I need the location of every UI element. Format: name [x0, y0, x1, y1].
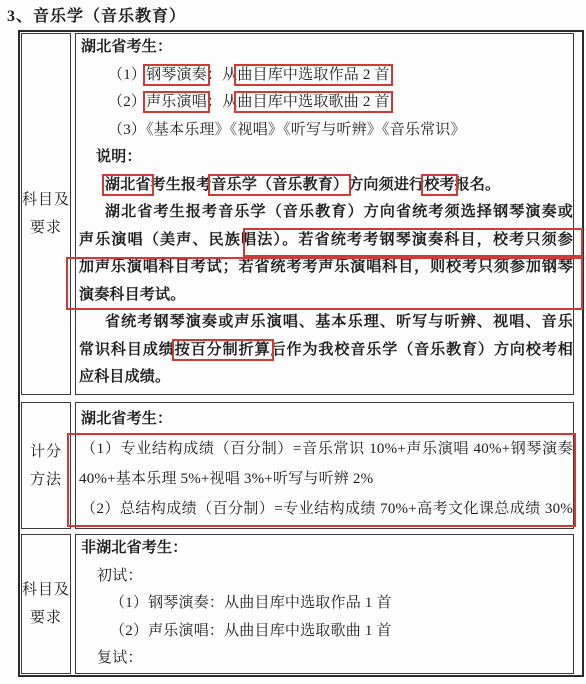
row1-heading: 湖北省考生： — [79, 34, 573, 62]
row1-note3-line2: 常识科目成绩按百分制折算后作为我校音乐学（音乐教育）方向校考相 — [79, 337, 573, 365]
row1-note2-line2: 声乐演唱（美声、民族唱法）。若省统考考钢琴演奏科目，校考只须参 — [79, 227, 573, 255]
row1-note1: 湖北省考生报考音乐学（音乐教育）方向须进行校考报名。 — [79, 172, 573, 200]
page-title: 3、音乐学（音乐教育） — [7, 3, 186, 26]
row1-note3-line3: 应科目成绩。 — [79, 364, 573, 392]
row3-label-cell: 科目及 要求 — [21, 534, 71, 674]
row3-label-line2: 要求 — [30, 604, 62, 632]
row3-label-line1: 科目及 — [22, 576, 70, 604]
highlight-repertoire-2songs: 曲目库中选取歌曲 2 首 — [237, 94, 389, 110]
row3-text: 非湖北省考生： 初试： （1）钢琴演奏：从曲目库中选取作品 1 首 （2）声乐演… — [79, 535, 573, 673]
highlight-major-name: 音乐学（音乐教育） — [211, 177, 348, 193]
row1-item1: （1）钢琴演奏：从曲目库中选取作品 2 首 — [79, 62, 573, 90]
row1-note2-line1: 湖北省考生报考音乐学（音乐教育）方向省统考须选择钢琴演奏或 — [79, 199, 573, 227]
row2-label-cell: 计分 方法 — [21, 402, 71, 529]
row3-stage2: 复试： — [79, 645, 573, 673]
row1-note-heading: 说明： — [79, 144, 573, 172]
row1-note3-line1: 省统考钢琴演奏或声乐演唱、基本乐理、听写与听辨、视唱、音乐 — [79, 309, 573, 337]
row1-note2-line4: 演奏科目考试。 — [79, 282, 573, 310]
row2-formula2: （2）总结构成绩（百分制）=专业结构成绩 70%+高考文化课总成绩 30% — [79, 494, 573, 524]
highlight-vocal: 声乐演唱 — [146, 94, 207, 110]
document-page: 3、音乐学（音乐教育） 科目及 要求 湖北省考生： （1）钢琴演奏：从曲目库中选… — [0, 0, 586, 684]
row2-heading: 湖北省考生： — [79, 404, 573, 434]
row3-stage1: 初试： — [79, 563, 573, 591]
row1-label-line2: 要求 — [30, 214, 62, 242]
row1-label-cell: 科目及 要求 — [21, 33, 71, 395]
row1-note2-line3: 加声乐演唱科目考试；若省统考考声乐演唱科目，则校考只须参加钢琴 — [79, 254, 573, 282]
row1-item2: （2）声乐演唱：从曲目库中选取歌曲 2 首 — [79, 89, 573, 117]
highlight-school-exam: 校考 — [424, 177, 454, 193]
row3-item2: （2）声乐演唱：从曲目库中选取歌曲 1 首 — [79, 618, 573, 646]
highlight-piano: 钢琴演奏 — [146, 67, 207, 83]
row2-formula1-line2: 40%+基本乐理 5%+视唱 3%+听写与听辨 2% — [79, 464, 573, 494]
row2-formula1-line1: （1）专业结构成绩（百分制）=音乐常识 10%+声乐演唱 40%+钢琴演奏 — [79, 434, 573, 464]
highlight-hubei: 湖北省 — [105, 177, 151, 193]
row3-heading: 非湖北省考生： — [79, 535, 573, 563]
row1-label-line1: 科目及 — [22, 186, 70, 214]
row2-label-line1: 计分 — [30, 438, 62, 466]
highlight-repertoire-2works: 曲目库中选取作品 2 首 — [237, 67, 389, 83]
row3-item1: （1）钢琴演奏：从曲目库中选取作品 1 首 — [79, 590, 573, 618]
highlight-percent-conversion: 按百分制折算 — [175, 342, 271, 358]
row1-item3: （3）《基本乐理》《视唱》《听写与听辨》《音乐常识》 — [79, 117, 573, 145]
row1-text: 湖北省考生： （1）钢琴演奏：从曲目库中选取作品 2 首 （2）声乐演唱：从曲目… — [79, 34, 573, 392]
row2-label-line2: 方法 — [30, 466, 62, 494]
row2-text: 湖北省考生： （1）专业结构成绩（百分制）=音乐常识 10%+声乐演唱 40%+… — [79, 404, 573, 524]
